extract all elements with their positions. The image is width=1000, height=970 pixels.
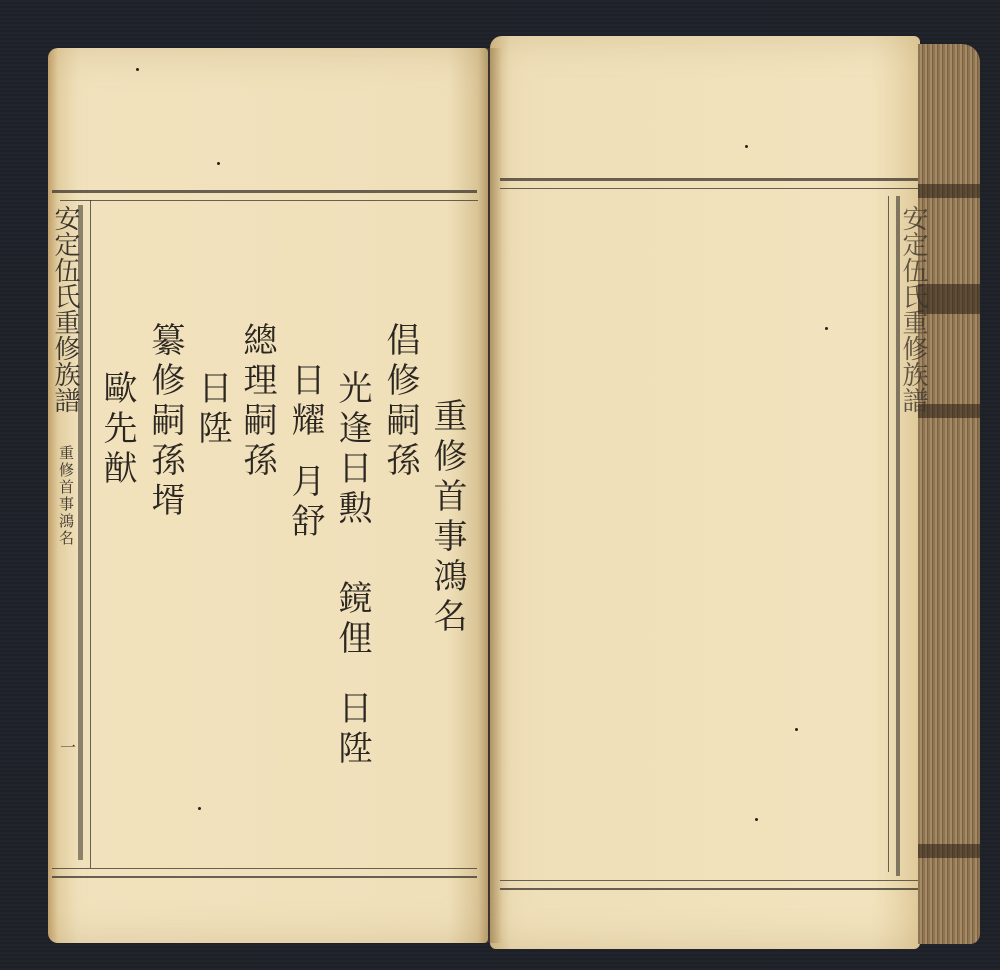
role-label: 總理嗣孫 xyxy=(240,322,274,482)
spine-title-right: 安定伍氏重修族譜 xyxy=(900,205,926,413)
name-entry: 鏡俚 xyxy=(335,580,369,660)
right-page xyxy=(490,36,920,949)
top-border-rule-right xyxy=(500,178,918,181)
bottom-border-rule xyxy=(52,868,477,869)
page-number: 一 xyxy=(60,735,76,758)
banxin-rule-right xyxy=(888,196,889,872)
bottom-inner-rule xyxy=(52,876,477,878)
name-entry: 歐先猷 xyxy=(100,370,134,490)
fore-edge xyxy=(918,44,980,944)
name-entry: 日勲 xyxy=(335,450,369,530)
name-entry: 光逢 xyxy=(335,370,369,450)
spine-title-left: 安定伍氏重修族譜 xyxy=(52,205,78,413)
edge-band xyxy=(918,184,980,198)
role-label: 倡修嗣孫 xyxy=(383,322,417,482)
top-inner-rule-right xyxy=(500,188,918,189)
paper-speck xyxy=(755,818,758,821)
paper-speck xyxy=(217,162,220,165)
bottom-inner-rule-right xyxy=(500,888,918,890)
left-page xyxy=(48,48,488,943)
top-border-rule xyxy=(52,190,477,193)
name-entry: 日陞 xyxy=(195,370,229,450)
book-gutter xyxy=(478,48,502,943)
paper-speck xyxy=(745,145,748,148)
name-entry: 日耀 xyxy=(288,362,322,442)
paper-speck xyxy=(825,327,828,330)
top-inner-rule xyxy=(60,200,478,201)
edge-band xyxy=(918,844,980,858)
name-entry: 月舒 xyxy=(288,463,322,543)
section-label: 重修首事鴻名 xyxy=(58,445,73,547)
name-entry: 日陞 xyxy=(335,690,369,770)
paper-speck xyxy=(198,807,201,810)
paper-speck xyxy=(136,68,139,71)
role-label: 纂修嗣孫壻 xyxy=(148,322,182,522)
paper-speck xyxy=(795,728,798,731)
main-heading: 重修首事鴻名 xyxy=(430,398,464,638)
bottom-border-rule-right xyxy=(500,880,918,881)
banxin-inner-rule xyxy=(90,200,91,868)
